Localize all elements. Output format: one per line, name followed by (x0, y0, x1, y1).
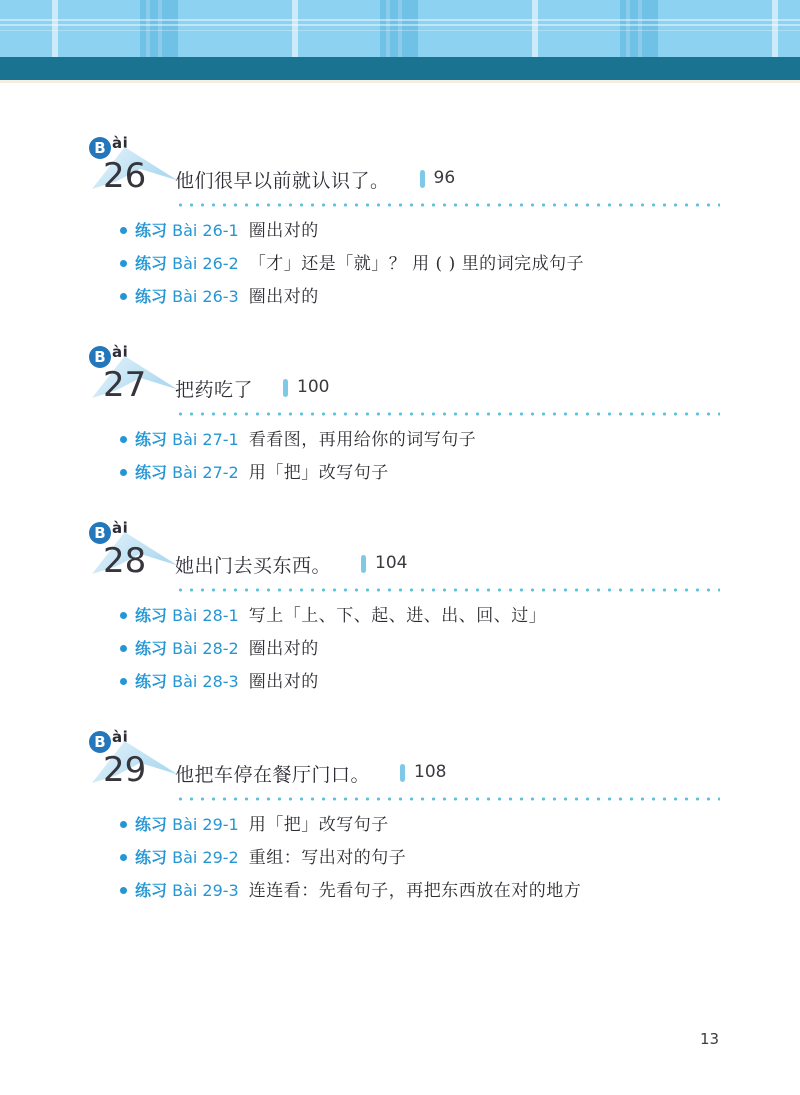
header-plaid-band (0, 0, 800, 57)
exercise-description: 看看图，再用给你的词写句子 (249, 429, 477, 451)
exercise-label-id: Bài 26-3 (172, 287, 239, 306)
page-marker-icon (283, 379, 288, 397)
exercise-label-prefix: 练习 (135, 606, 167, 625)
exercise-label-prefix: 练习 (135, 815, 167, 834)
page-ref-group: 104 (361, 553, 407, 573)
page-number-footer: 13 (700, 1030, 719, 1048)
lesson-section-28: B ài 28 她出门去买东西。 104 练习 Bài 28-1 (90, 522, 800, 693)
lesson-page-number: 104 (375, 553, 407, 573)
exercise-label: 练习 Bài 29-3 (135, 880, 239, 902)
lesson-title: 他把车停在餐厅门口。 (175, 760, 370, 787)
exercise-description: 圈出对的 (249, 220, 319, 242)
exercise-item: 练习 Bài 29-1 用「把」改写句子 (120, 814, 800, 836)
exercise-label: 练习 Bài 28-3 (135, 671, 239, 693)
exercise-label-id: Bài 26-2 (172, 254, 239, 273)
lesson-number-wrap: 28 (90, 541, 162, 581)
exercise-label-id: Bài 28-2 (172, 639, 239, 658)
exercise-label-prefix: 练习 (135, 848, 167, 867)
lesson-section-26: B ài 26 他们很早以前就认识了。 96 练习 Bài 26-1 (90, 137, 800, 308)
exercise-description: 用「把」改写句子 (249, 462, 389, 484)
exercise-item: 练习 Bài 27-2 用「把」改写句子 (120, 462, 800, 484)
exercise-label-prefix: 练习 (135, 639, 167, 658)
header-teal-band (0, 57, 800, 83)
exercise-item: 练习 Bài 28-2 圈出对的 (120, 638, 800, 660)
dotted-divider (175, 412, 720, 416)
bullet-dot-icon (120, 887, 127, 894)
exercise-label: 练习 Bài 26-1 (135, 220, 239, 242)
lesson-title: 他们很早以前就认识了。 (175, 166, 390, 193)
bullet-dot-icon (120, 436, 127, 443)
lesson-number-wrap: 27 (90, 365, 162, 405)
table-of-contents: B ài 26 他们很早以前就认识了。 96 练习 Bài 26-1 (0, 83, 800, 902)
page-marker-icon (420, 170, 425, 188)
exercise-description: 圈出对的 (249, 286, 319, 308)
exercise-description: 重组：写出对的句子 (249, 847, 407, 869)
exercise-item: 练习 Bài 26-1 圈出对的 (120, 220, 800, 242)
exercise-description: 用「把」改写句子 (249, 814, 389, 836)
exercise-item: 练习 Bài 27-1 看看图，再用给你的词写句子 (120, 429, 800, 451)
exercise-label-prefix: 练习 (135, 254, 167, 273)
lesson-header: 26 他们很早以前就认识了。 96 (90, 156, 800, 196)
exercise-list: 练习 Bài 27-1 看看图，再用给你的词写句子 练习 Bài 27-2 用「… (90, 429, 800, 484)
bullet-dot-icon (120, 854, 127, 861)
exercise-label: 练习 Bài 29-2 (135, 847, 239, 869)
lesson-number: 26 (103, 156, 146, 196)
exercise-label-prefix: 练习 (135, 221, 167, 240)
lesson-title: 把药吃了 (175, 375, 253, 402)
bullet-dot-icon (120, 293, 127, 300)
bullet-dot-icon (120, 260, 127, 267)
exercise-label-prefix: 练习 (135, 287, 167, 306)
dotted-divider (175, 588, 720, 592)
lesson-page-number: 100 (297, 377, 329, 397)
exercise-item: 练习 Bài 26-2 「才」还是「就」？ 用 ( ) 里的词完成句子 (120, 253, 800, 275)
exercise-description: 写上「上、下、起、进、出、回、过」 (249, 605, 547, 627)
exercise-label: 练习 Bài 29-1 (135, 814, 239, 836)
exercise-item: 练习 Bài 29-2 重组：写出对的句子 (120, 847, 800, 869)
exercise-label-id: Bài 28-1 (172, 606, 239, 625)
exercise-item: 练习 Bài 29-3 连连看：先看句子，再把东西放在对的地方 (120, 880, 800, 902)
lesson-page-number: 108 (414, 762, 446, 782)
exercise-label: 练习 Bài 28-2 (135, 638, 239, 660)
lesson-page-number: 96 (434, 168, 456, 188)
exercise-description: 圈出对的 (249, 671, 319, 693)
exercise-label-id: Bài 27-2 (172, 463, 239, 482)
lesson-number: 28 (103, 541, 146, 581)
lesson-number: 29 (103, 750, 146, 790)
exercise-list: 练习 Bài 26-1 圈出对的 练习 Bài 26-2 「才」还是「就」？ 用… (90, 220, 800, 308)
exercise-label: 练习 Bài 27-2 (135, 462, 239, 484)
bullet-dot-icon (120, 612, 127, 619)
exercise-label-id: Bài 29-2 (172, 848, 239, 867)
lesson-header: 27 把药吃了 100 (90, 365, 800, 405)
exercise-label: 练习 Bài 28-1 (135, 605, 239, 627)
lesson-number: 27 (103, 365, 146, 405)
book-page: B ài 26 他们很早以前就认识了。 96 练习 Bài 26-1 (0, 0, 800, 1095)
dotted-divider (175, 203, 720, 207)
exercise-description: 「才」还是「就」？ 用 ( ) 里的词完成句子 (249, 253, 584, 275)
lesson-header: 29 他把车停在餐厅门口。 108 (90, 750, 800, 790)
exercise-item: 练习 Bài 28-1 写上「上、下、起、进、出、回、过」 (120, 605, 800, 627)
exercise-label: 练习 Bài 27-1 (135, 429, 239, 451)
exercise-label-prefix: 练习 (135, 672, 167, 691)
exercise-item: 练习 Bài 26-3 圈出对的 (120, 286, 800, 308)
lesson-number-wrap: 29 (90, 750, 162, 790)
exercise-label: 练习 Bài 26-3 (135, 286, 239, 308)
page-marker-icon (361, 555, 366, 573)
page-ref-group: 108 (400, 762, 446, 782)
exercise-label-id: Bài 26-1 (172, 221, 239, 240)
bullet-dot-icon (120, 678, 127, 685)
exercise-list: 练习 Bài 28-1 写上「上、下、起、进、出、回、过」 练习 Bài 28-… (90, 605, 800, 693)
bullet-dot-icon (120, 469, 127, 476)
exercise-description: 圈出对的 (249, 638, 319, 660)
bullet-dot-icon (120, 227, 127, 234)
page-marker-icon (400, 764, 405, 782)
lesson-number-wrap: 26 (90, 156, 162, 196)
page-ref-group: 100 (283, 377, 329, 397)
exercise-label: 练习 Bài 26-2 (135, 253, 239, 275)
dotted-divider (175, 797, 720, 801)
exercise-description: 连连看：先看句子，再把东西放在对的地方 (249, 880, 582, 902)
page-ref-group: 96 (420, 168, 456, 188)
exercise-item: 练习 Bài 28-3 圈出对的 (120, 671, 800, 693)
exercise-list: 练习 Bài 29-1 用「把」改写句子 练习 Bài 29-2 重组：写出对的… (90, 814, 800, 902)
bullet-dot-icon (120, 821, 127, 828)
exercise-label-prefix: 练习 (135, 463, 167, 482)
bullet-dot-icon (120, 645, 127, 652)
lesson-title: 她出门去买东西。 (175, 551, 331, 578)
lesson-section-29: B ài 29 他把车停在餐厅门口。 108 练习 Bài 29-1 (90, 731, 800, 902)
exercise-label-id: Bài 28-3 (172, 672, 239, 691)
lesson-section-27: B ài 27 把药吃了 100 练习 Bài 27-1 看看 (90, 346, 800, 484)
lesson-header: 28 她出门去买东西。 104 (90, 541, 800, 581)
exercise-label-id: Bài 27-1 (172, 430, 239, 449)
exercise-label-id: Bài 29-1 (172, 815, 239, 834)
exercise-label-prefix: 练习 (135, 881, 167, 900)
exercise-label-prefix: 练习 (135, 430, 167, 449)
exercise-label-id: Bài 29-3 (172, 881, 239, 900)
